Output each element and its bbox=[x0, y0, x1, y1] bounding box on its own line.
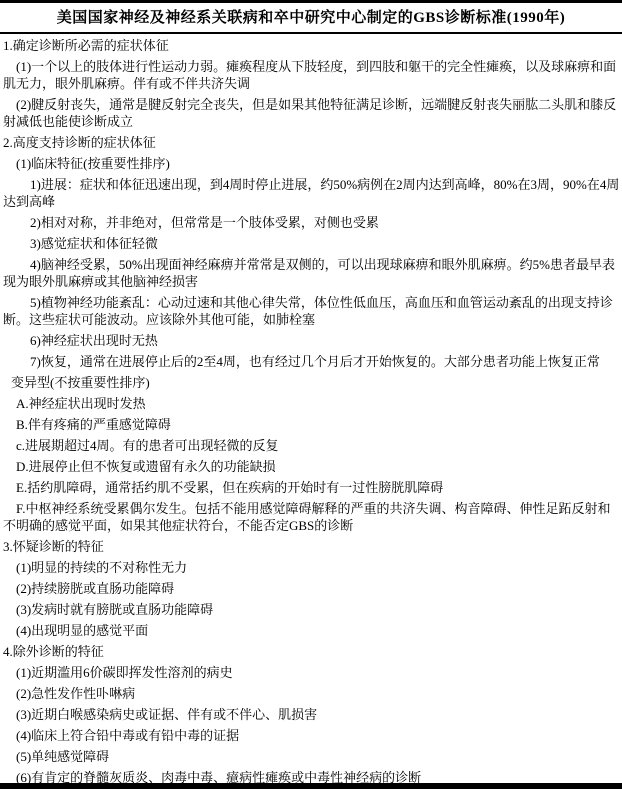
doc-line: 5)植物神经功能紊乱：心动过速和其他心律失常，体位性低血压，高血压和血管运动紊乱… bbox=[3, 294, 620, 328]
section-heading: 4.除外诊断的特征 bbox=[3, 643, 620, 660]
doc-line: (1)一个以上的肢体进行性运动力弱。瘫痪程度从下肢轻度，到四肢和躯干的完全性瘫痪… bbox=[3, 58, 620, 92]
doc-line: 6)神经症状出现时无热 bbox=[3, 332, 620, 349]
doc-line: 2)相对对称，并非绝对，但常常是一个肢体受累，对侧也受累 bbox=[3, 214, 620, 231]
doc-line: F.中枢神经系统受累偶尔发生。包括不能用感觉障碍解释的严重的共济失调、构音障碍、… bbox=[3, 500, 620, 534]
doc-line: (1)明显的持续的不对称性无力 bbox=[3, 559, 620, 576]
doc-line: (4)临床上符合铅中毒或有铅中毒的证据 bbox=[3, 727, 620, 744]
doc-line: (2)急性发作性卟啉病 bbox=[3, 685, 620, 702]
bottom-rule bbox=[0, 783, 622, 789]
doc-line: (1)近期滥用6价碳即挥发性溶剂的病史 bbox=[3, 664, 620, 681]
doc-line: 变异型(不按重要性排序) bbox=[3, 374, 620, 391]
doc-line: 1)进展：症状和体征迅速出现，到4周时停止进展，约50%病例在2周内达到高峰，8… bbox=[3, 176, 620, 210]
doc-line: c.进展期超过4周。有的患者可出现轻微的反复 bbox=[3, 437, 620, 454]
doc-line: 4)脑神经受累，50%出现面神经麻痹并常常是双侧的，可以出现球麻痹和眼外肌麻痹。… bbox=[3, 256, 620, 290]
section-heading: 3.怀疑诊断的特征 bbox=[3, 538, 620, 555]
doc-line: A.神经症状出现时发热 bbox=[3, 395, 620, 412]
doc-line: E.括约肌障碍，通常括约肌不受累，但在疾病的开始时有一过性膀胱肌障碍 bbox=[3, 479, 620, 496]
page-title: 美国国家神经及神经系关联病和卒中研究中心制定的GBS诊断标准(1990年) bbox=[0, 3, 622, 34]
doc-line: D.进展停止但不恢复或遗留有永久的功能缺损 bbox=[3, 458, 620, 475]
document-body: 1.确定诊断所必需的症状体征(1)一个以上的肢体进行性运动力弱。瘫痪程度从下肢轻… bbox=[0, 34, 622, 786]
document-page: 美国国家神经及神经系关联病和卒中研究中心制定的GBS诊断标准(1990年) 1.… bbox=[0, 0, 622, 789]
doc-line: (1)临床特征(按重要性排序) bbox=[3, 155, 620, 172]
doc-line: (3)近期白喉感染病史或证据、伴有或不伴心、肌损害 bbox=[3, 706, 620, 723]
doc-line: 3)感觉症状和体征轻微 bbox=[3, 235, 620, 252]
doc-line: (3)发病时就有膀胱或直肠功能障碍 bbox=[3, 601, 620, 618]
doc-line: B.伴有疼痛的严重感觉障碍 bbox=[3, 416, 620, 433]
doc-line: (5)单纯感觉障碍 bbox=[3, 748, 620, 765]
doc-line: (2)持续膀胱或直肠功能障碍 bbox=[3, 580, 620, 597]
section-heading: 2.高度支持诊断的症状体征 bbox=[3, 134, 620, 151]
doc-line: (4)出现明显的感觉平面 bbox=[3, 622, 620, 639]
section-heading: 1.确定诊断所必需的症状体征 bbox=[3, 37, 620, 54]
doc-line: (2)腱反射丧失，通常是腱反射完全丧失，但是如果其他特征满足诊断，远端腱反射丧失… bbox=[3, 96, 620, 130]
doc-line: 7)恢复，通常在进展停止后的2至4周，也有经过几个月后才开始恢复的。大部分患者功… bbox=[3, 353, 620, 370]
